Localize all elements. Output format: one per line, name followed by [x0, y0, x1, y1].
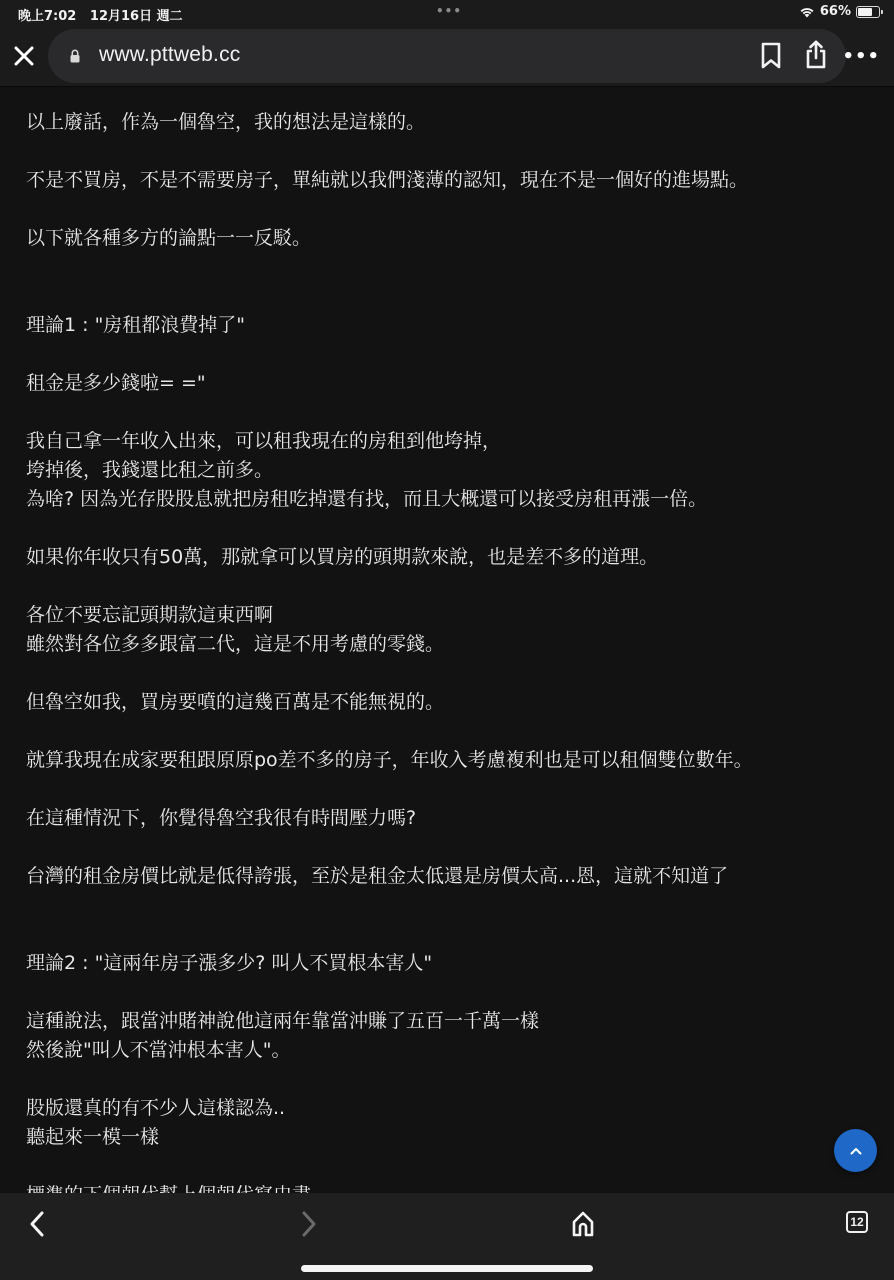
scroll-to-top-button[interactable] [834, 1129, 877, 1172]
time-text: 晚上7:02 [18, 9, 76, 24]
article-line: 台灣的租金房價比就是低得誇張，至於是租金太低還是房價太高...恩，這就不知道了 [26, 862, 866, 891]
article-line: 然後說"叫人不當沖根本害人"。 [26, 1036, 866, 1065]
article-line [26, 833, 866, 862]
article-line: 雖然對各位多多跟富二代，這是不用考慮的零錢。 [26, 630, 866, 659]
battery-icon [856, 6, 880, 18]
article-line [26, 920, 866, 949]
browser-toolbar: www.pttweb.cc ••• [0, 28, 894, 87]
share-icon[interactable] [804, 40, 828, 70]
article-line [26, 398, 866, 427]
article-line: 聽起來一模一樣 [26, 1123, 866, 1152]
article-line: 股版還真的有不少人這樣認為.. [26, 1094, 866, 1123]
home-icon[interactable] [571, 1210, 595, 1238]
article-line [26, 1152, 866, 1181]
status-bar: 晚上7:02 12月16日 週二 ••• 66% [0, 0, 894, 28]
more-icon[interactable]: ••• [842, 52, 880, 62]
forward-icon[interactable] [300, 1210, 318, 1238]
article-line [26, 253, 866, 282]
article-line: 但魯空如我，買房要噴的這幾百萬是不能無視的。 [26, 688, 866, 717]
wifi-icon [799, 6, 815, 18]
multitasking-dots-icon[interactable]: ••• [436, 4, 462, 18]
article-line [26, 572, 866, 601]
address-bar[interactable]: www.pttweb.cc [48, 29, 846, 83]
article-body: 以上廢話，作為一個魯空，我的想法是這樣的。 不是不買房，不是不需要房子，單純就以… [26, 108, 866, 1210]
article-line [26, 1065, 866, 1094]
back-icon[interactable] [28, 1210, 46, 1238]
close-button[interactable] [12, 42, 36, 70]
article-line: 就算我現在成家要租跟原原po差不多的房子，年收入考慮複利也是可以租個雙位數年。 [26, 746, 866, 775]
article-line: 為啥? 因為光存股股息就把房租吃掉還有找，而且大概還可以接受房租再漲一倍。 [26, 485, 866, 514]
article-line [26, 659, 866, 688]
chevron-up-icon [850, 1147, 862, 1155]
article-line: 我自己拿一年收入出來，可以租我現在的房租到他垮掉， [26, 427, 866, 456]
article-line [26, 137, 866, 166]
url-text[interactable]: www.pttweb.cc [99, 43, 240, 67]
article-line: 以下就各種多方的論點一一反駁。 [26, 224, 866, 253]
status-right: 66% [799, 4, 880, 19]
article-line: 租金是多少錢啦= =" [26, 369, 866, 398]
lock-icon [70, 49, 80, 63]
article-line: 垮掉後，我錢還比租之前多。 [26, 456, 866, 485]
article-line [26, 282, 866, 311]
article-line [26, 775, 866, 804]
article-line [26, 340, 866, 369]
article-line [26, 195, 866, 224]
article-line [26, 891, 866, 920]
article-line: 各位不要忘記頭期款這東西啊 [26, 601, 866, 630]
article-line [26, 717, 866, 746]
article-line: 不是不買房，不是不需要房子，單純就以我們淺薄的認知，現在不是一個好的進場點。 [26, 166, 866, 195]
date-text: 12月16日 週二 [90, 9, 183, 24]
home-indicator[interactable] [301, 1265, 593, 1272]
article-line [26, 514, 866, 543]
article-line: 這種說法，跟當沖賭神說他這兩年靠當沖賺了五百一千萬一樣 [26, 1007, 866, 1036]
article-heading: 理論2 : "這兩年房子漲多少? 叫人不買根本害人" [26, 949, 866, 978]
article-heading: 理論1 : "房租都浪費掉了" [26, 311, 866, 340]
close-icon [14, 46, 34, 66]
article-line [26, 978, 866, 1007]
article-line: 以上廢話，作為一個魯空，我的想法是這樣的。 [26, 108, 866, 137]
article-line: 在這種情況下，你覺得魯空我很有時間壓力嗎? [26, 804, 866, 833]
bookmark-icon[interactable] [760, 42, 782, 70]
battery-percent: 66% [820, 4, 851, 19]
article-line: 如果你年收只有50萬，那就拿可以買房的頭期款來說，也是差不多的道理。 [26, 543, 866, 572]
tabs-button[interactable]: 12 [846, 1211, 868, 1233]
status-time: 晚上7:02 12月16日 週二 [18, 5, 183, 24]
